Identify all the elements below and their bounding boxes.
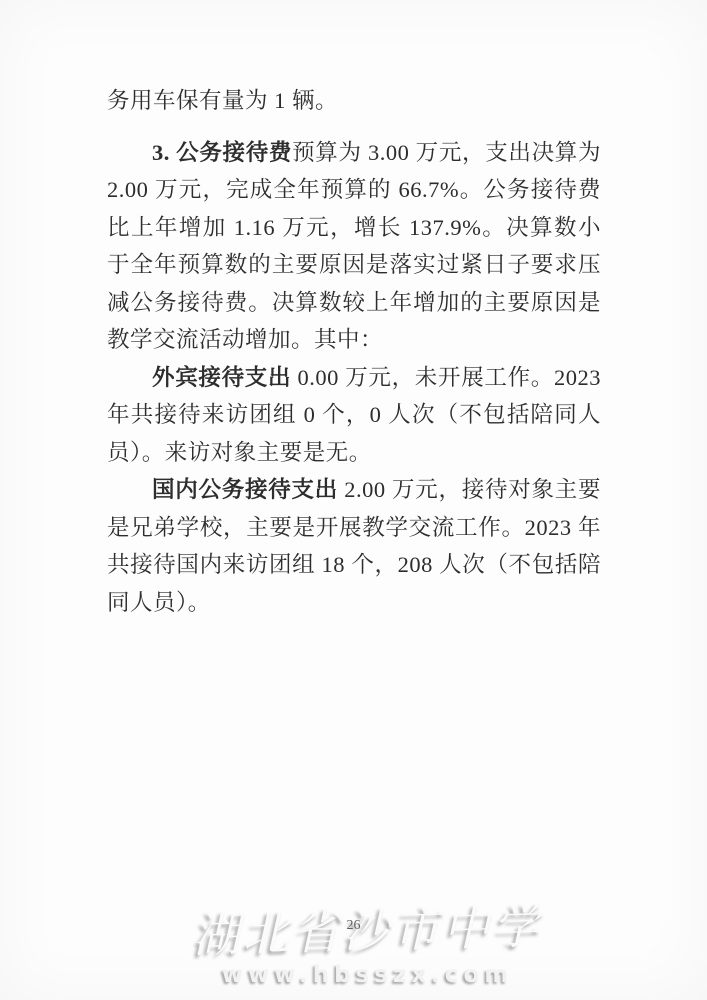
paragraph-text: 预算为 3.00 万元，支出决算为 2.00 万元，完成全年预算的 66.7%。… [107, 140, 601, 353]
paragraph-reception-budget: 3. 公务接待费预算为 3.00 万元，支出决算为 2.00 万元，完成全年预算… [107, 134, 601, 359]
paragraph-text: 务用车保有量为 1 辆。 [107, 88, 338, 113]
page-footer: 湖北省沙市中学 www.hbsszx.com 26 [0, 890, 707, 1000]
paragraph-continuation: 务用车保有量为 1 辆。 [107, 82, 601, 120]
page-number: 26 [0, 918, 707, 934]
paragraph-lead-bold: 3. 公务接待费 [152, 140, 292, 165]
document-page: 务用车保有量为 1 辆。 3. 公务接待费预算为 3.00 万元，支出决算为 2… [0, 0, 707, 1000]
document-body: 务用车保有量为 1 辆。 3. 公务接待费预算为 3.00 万元，支出决算为 2… [107, 82, 601, 621]
paragraph-lead-bold: 国内公务接待支出 [152, 477, 338, 502]
paragraph-foreign-reception: 外宾接待支出 0.00 万元，未开展工作。2023 年共接待来访团组 0 个，0… [107, 359, 601, 472]
paragraph-lead-bold: 外宾接待支出 [152, 365, 291, 390]
paragraph-domestic-reception: 国内公务接待支出 2.00 万元，接待对象主要是兄弟学校，主要是开展教学交流工作… [107, 471, 601, 621]
watermark: 湖北省沙市中学 www.hbsszx.com [14, 894, 707, 988]
